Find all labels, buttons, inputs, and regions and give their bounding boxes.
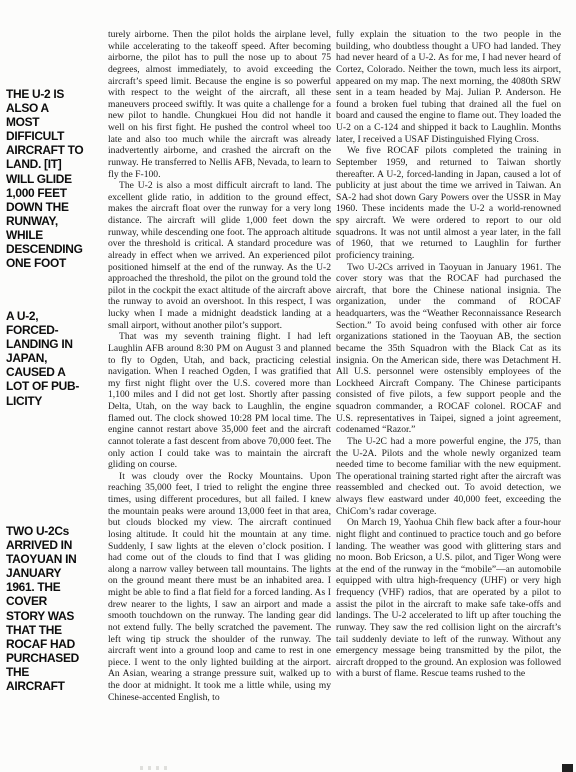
paragraph: On March 19, Yaohua Chih flew back after… [336,517,561,680]
paragraph: That was my seventh training flight. I h… [108,331,331,471]
scan-smudge [140,766,170,770]
paragraph: Two U-2Cs arrived in Taoyuan in January … [336,262,561,436]
document-page: THE U-2 IS ALSO A MOST DIFFICULT AIRCRAF… [0,0,576,772]
paragraph: The U-2C had a more powerful engine, the… [336,436,561,517]
body-column-right: fully explain the situation to the two p… [336,29,561,680]
pull-quote-two-u2cs-taoyuan: TWO U-2Cs ARRIVED IN TAOYUAN IN JANUARY … [6,524,103,693]
pull-quote-difficult-to-land: THE U-2 IS ALSO A MOST DIFFICULT AIRCRAF… [6,87,103,270]
pull-quote-forced-landing-japan: A U-2, FORCED- LANDING IN JAPAN, CAUSED … [6,309,103,408]
paragraph: fully explain the situation to the two p… [336,29,561,145]
paragraph: We five ROCAF pilots completed the train… [336,145,561,261]
body-column-left: turely airborne. Then the pilot holds th… [108,29,331,703]
paragraph: The U-2 is also a most difficult aircraf… [108,180,331,331]
scan-corner-mark [562,764,573,772]
paragraph: turely airborne. Then the pilot holds th… [108,29,331,180]
paragraph: It was cloudy over the Rocky Mountains. … [108,471,331,704]
